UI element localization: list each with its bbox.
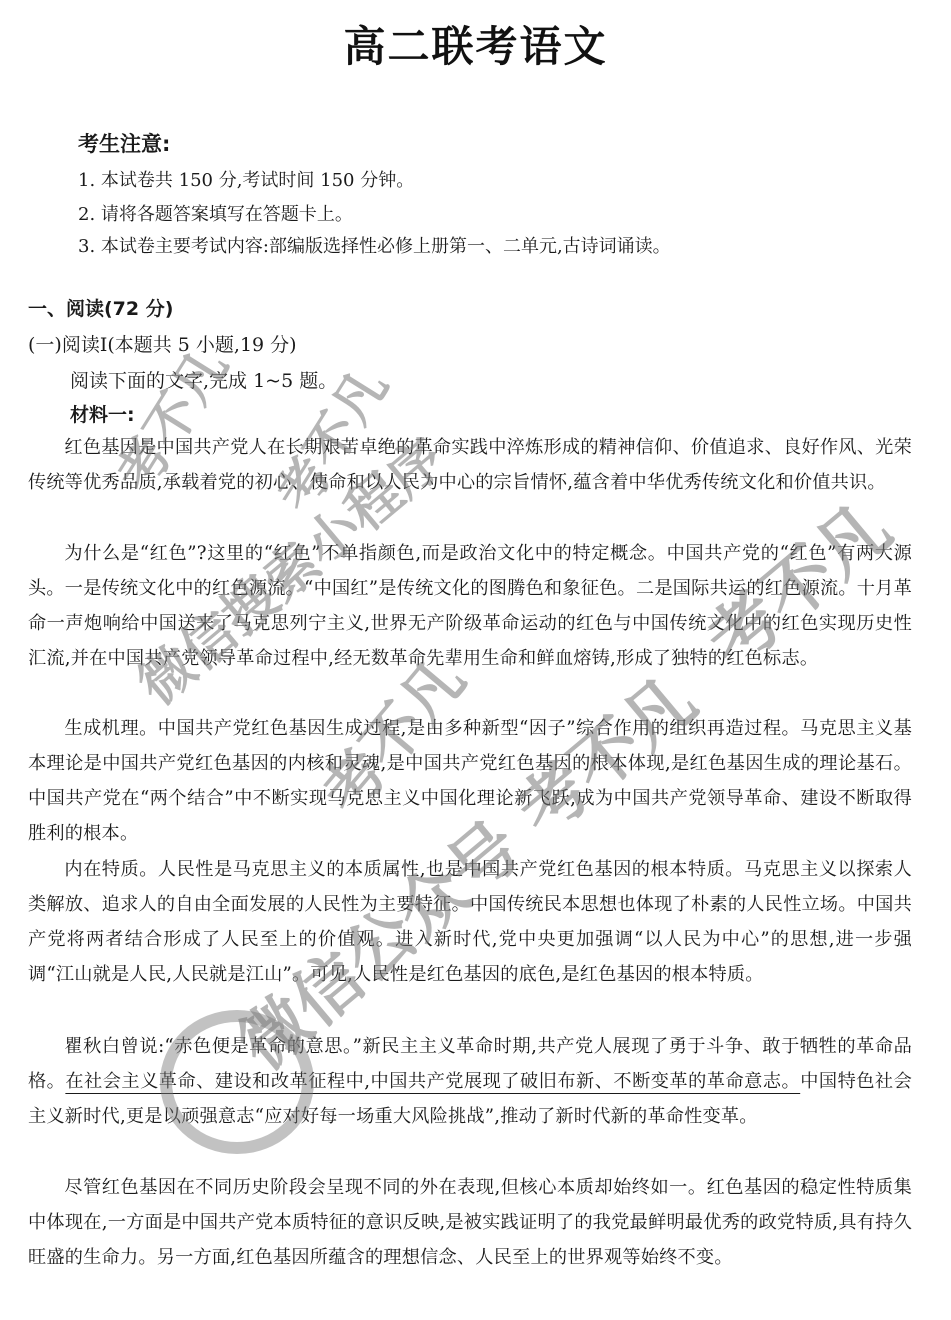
wechat-logo-watermark [160,1010,314,1154]
instruction: 阅读下面的文字,完成 1~5 题。 [70,366,337,393]
paragraph-3: 生成机理。中国共产党红色基因生成过程,是由多种新型“因子”综合作用的组织再造过程… [28,711,912,851]
notice-item-3: 3. 本试卷主要考试内容:部编版选择性必修上册第一、二单元,古诗词诵读。 [78,232,671,258]
section-heading: 一、阅读(72 分) [28,294,173,321]
paragraph-1: 红色基因是中国共产党人在长期艰苦卓绝的革命实践中淬炼形成的精神信仰、价值追求、良… [28,430,912,500]
notice-item-2: 2. 请将各题答案填写在答题卡上。 [78,200,353,226]
paragraph-6: 尽管红色基因在不同历史阶段会呈现不同的外在表现,但核心本质却始终如一。红色基因的… [28,1170,912,1275]
notice-item-1: 1. 本试卷共 150 分,考试时间 150 分钟。 [78,166,414,192]
material-label: 材料一: [70,400,135,427]
exam-title: 高二联考语文 [0,14,951,74]
paragraph-4: 内在特质。人民性是马克思主义的本质属性,也是中国共产党红色基因的根本特质。马克思… [28,852,912,992]
sub-section-heading: (一)阅读Ⅰ(本题共 5 小题,19 分) [28,330,297,357]
notice-heading: 考生注意: [78,128,170,158]
paragraph-2: 为什么是“红色”?这里的“红色”不单指颜色,而是政治文化中的特定概念。中国共产党… [28,536,912,676]
